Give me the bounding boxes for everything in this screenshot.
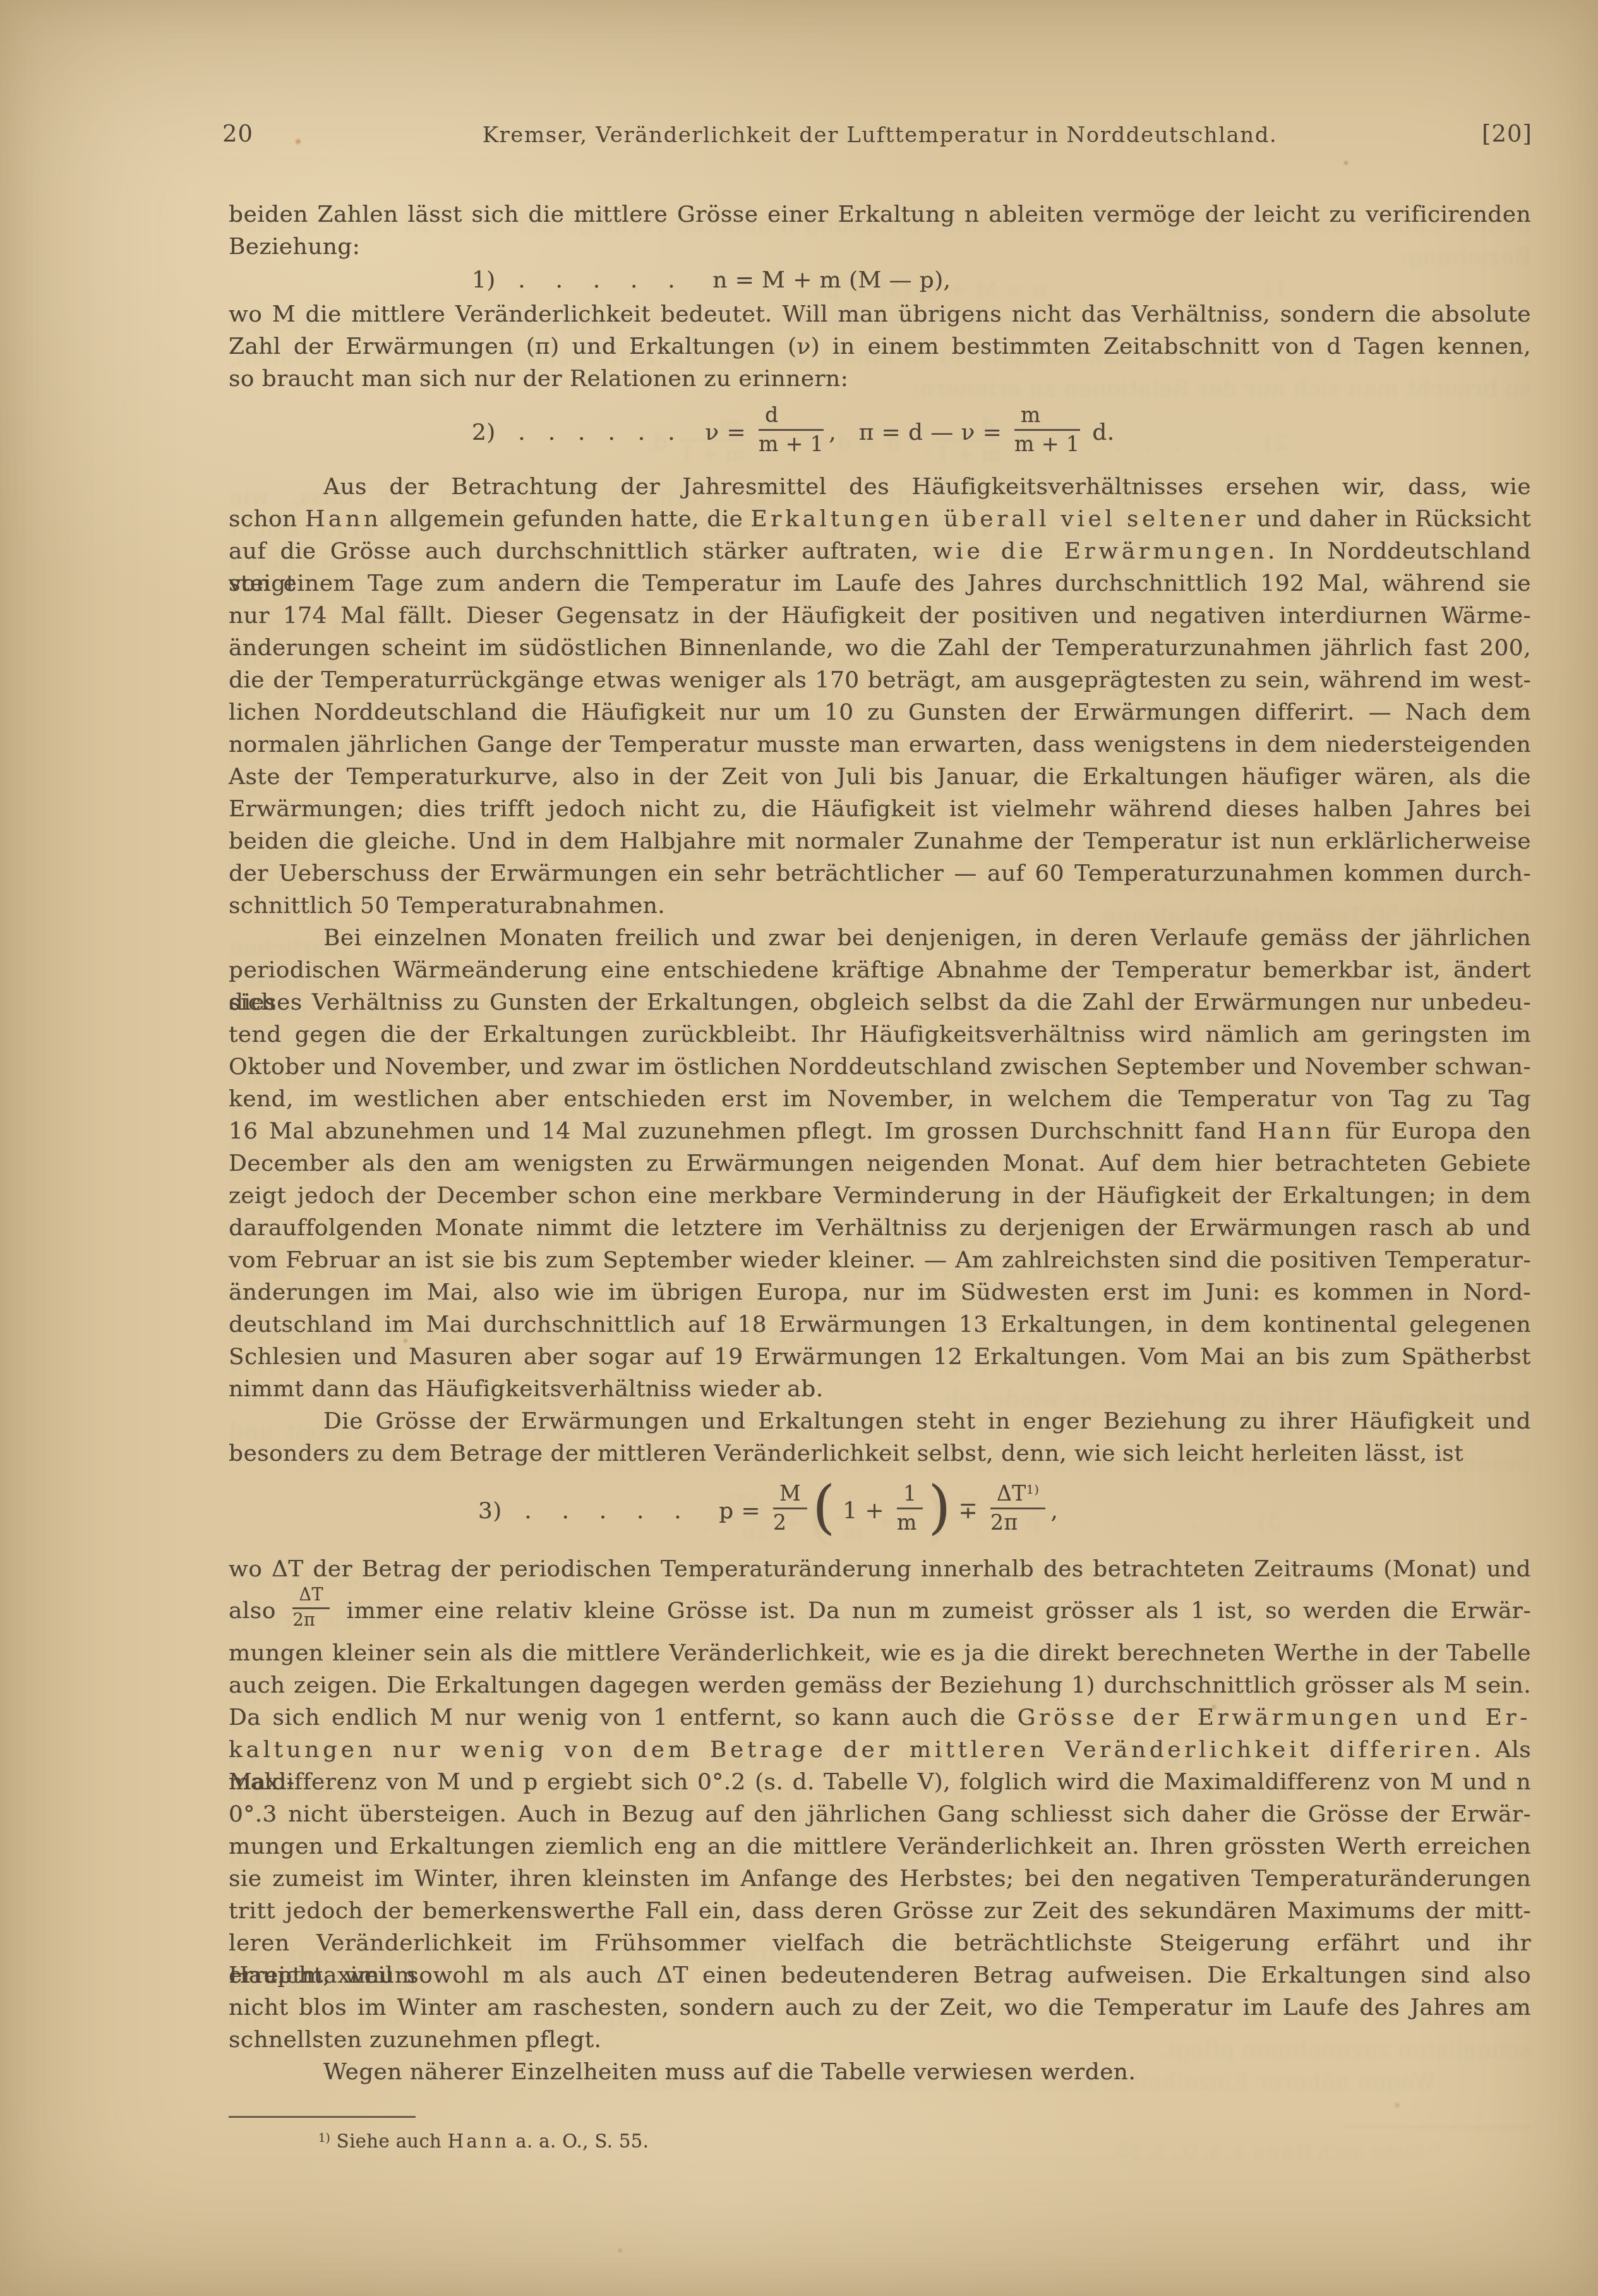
text-line: 0°.3 nicht übersteigen. Auch in Bezug au… [229,1798,1531,1830]
text-line: von einem Tage zum andern die Temperatur… [229,567,1531,600]
text-column: beiden Zahlen lässt sich die mittlere Gr… [229,198,1531,2154]
text-line: schnittlich 50 Temperaturabnahmen. [229,890,1531,922]
emphasized-text: Hann [448,2130,510,2152]
fraction: 1m [897,1482,923,1535]
text-line: Da sich endlich M nur wenig von 1 entfer… [229,1701,1531,1734]
footnote-rule [229,2116,416,2118]
text-line: Oktober und November, und zwar im östlic… [229,1051,1531,1083]
fraction-numerator: ΔT1) [990,1482,1045,1509]
text-line: besonders zu dem Betrage der mittleren V… [229,1437,1531,1470]
spacer [229,2088,1531,2103]
emphasized-text: Hann [1258,1118,1335,1144]
fraction-numerator: M [773,1482,807,1509]
text-line: so braucht man sich nur der Relationen z… [229,363,1531,395]
text-line: tritt jedoch der bemerkenswerthe Fall ei… [229,1895,1531,1927]
emphasized-text: wie die Erwärmungen [933,538,1268,564]
text-line: nur 174 Mal fällt. Dieser Gegensatz in d… [229,600,1531,632]
running-title: Kremser, Veränderlichkeit der Lufttemper… [229,123,1531,148]
scanned-page: beiden Zahlen lässt sich die mittlere Gr… [0,0,1598,2296]
text-line: Bei einzelnen Monaten freilich und zwar … [229,922,1531,954]
fraction-denominator: 2π [990,1509,1045,1535]
text-line: mungen und Erkaltungen ziemlich eng an d… [229,1830,1531,1863]
fraction: ΔT1)2π [990,1482,1045,1535]
fraction-denominator: m + 1 [1014,431,1079,456]
text-line: auch zeigen. Die Erkaltungen dagegen wer… [229,1669,1531,1701]
text-line: schon Hann allgemein gefunden hatte, die… [229,503,1531,535]
big-paren: ) [928,1473,951,1541]
text-line: 16 Mal abzunehmen und 14 Mal zuzunehmen … [229,1115,1531,1147]
text-line: darauffolgenden Monate nimmt die letzter… [229,1212,1531,1244]
fraction-denominator: m [897,1509,923,1535]
text-line: auf die Grösse auch durchschnittlich stä… [229,535,1531,567]
text-line: also ΔT2π immer eine relativ kleine Grös… [229,1585,1531,1637]
emphasized-text: kaltungen nur wenig von dem Betrage der … [229,1737,1474,1763]
text-line: wo M die mittlere Veränderlichkeit bedeu… [229,298,1531,330]
text-line: kend, im westlichen aber entschieden ers… [229,1083,1531,1115]
text-line: maldifferenz von M und p ergiebt sich 0°… [229,1766,1531,1798]
fraction: M2 [773,1482,807,1535]
footnote-marker: 1) [1026,1482,1040,1497]
fraction: mm + 1 [1014,404,1079,456]
text-line: periodischen Wärmeänderung eine entschie… [229,954,1531,986]
footnote-marker: 1) [318,2132,330,2145]
fraction-denominator: 2π [292,1609,330,1630]
big-paren: ( [812,1473,835,1541]
formula-line: 2) . . . . . . ν = dm + 1, π = d — ν = m… [229,395,1531,471]
text-line: Erwärmungen; dies trifft jedoch nicht zu… [229,793,1531,825]
text-line: Die Grösse der Erwärmungen und Erkaltung… [229,1405,1531,1437]
page-number-right: [20] [1482,120,1532,147]
fraction-denominator: m + 1 [759,431,824,456]
text-line: mungen kleiner sein als die mittlere Ver… [229,1637,1531,1669]
text-line: beiden Zahlen lässt sich die mittlere Gr… [229,198,1531,231]
fraction: ΔT2π [292,1586,330,1629]
text-line: kaltungen nur wenig von dem Betrage der … [229,1734,1531,1766]
fraction-numerator: 1 [897,1482,923,1509]
text-line: nimmt dann das Häufigkeitsverhältniss wi… [229,1373,1531,1405]
footnote: 1) Siehe auch Hann a. a. O., S. 55. [229,2125,1531,2154]
text-line: wo ΔT der Betrag der periodischen Temper… [229,1553,1531,1585]
text-line: schnellsten zuzunehmen pflegt. [229,2024,1531,2056]
text-line: sie zumeist im Winter, ihren kleinsten i… [229,1863,1531,1895]
text-line: leren Veränderlichkeit im Frühsommer vie… [229,1927,1531,1959]
text-line: Wegen näherer Einzelheiten muss auf die … [229,2056,1531,2088]
text-line: änderungen im Mai, also wie im übrigen E… [229,1276,1531,1308]
text-line: nicht blos im Winter am raschesten, sond… [229,1991,1531,2024]
text-line: erreicht, weil sowohl m als auch ΔT eine… [229,1959,1531,1991]
text-line: zeigt jedoch der December schon eine mer… [229,1180,1531,1212]
text-line: dieses Verhältniss zu Gunsten der Erkalt… [229,986,1531,1018]
text-line: deutschland im Mai durchschnittlich auf … [229,1308,1531,1341]
text-line: der Ueberschuss der Erwärmungen ein sehr… [229,857,1531,890]
fraction-numerator: d [759,404,824,431]
text-line: die der Temperaturrückgänge etwas wenige… [229,664,1531,696]
fraction-numerator: ΔT [292,1586,330,1609]
emphasized-text: Erkaltungen überall viel seltener [751,506,1249,532]
text-line: Schlesien und Masuren aber sogar auf 19 … [229,1341,1531,1373]
text-line: Beziehung: [229,231,1531,263]
text-line: vom Februar an ist sie bis zum September… [229,1244,1531,1276]
formula-line: 1) . . . . . n = M + m (M — p), [229,263,1531,298]
text-line: Aste der Temperaturkurve, also in der Ze… [229,761,1531,793]
text-line: normalen jährlichen Gange der Temperatur… [229,728,1531,761]
fraction-denominator: 2 [773,1509,807,1535]
fraction-numerator: m [1014,404,1079,431]
text-line: beiden die gleiche. Und in dem Halbjahre… [229,825,1531,857]
text-line: Aus der Betrachtung der Jahresmittel des… [229,471,1531,503]
text-line: tend gegen die der Erkaltungen zurückble… [229,1018,1531,1051]
emphasized-text: Hann [305,506,382,532]
fraction: dm + 1 [759,404,824,456]
formula-line: 3) . . . . . p = M2( 1 + 1m) ∓ ΔT1)2π, [229,1470,1531,1553]
text-line: lichen Norddeutschland die Häufigkeit nu… [229,696,1531,728]
text-line: December als den am wenigsten zu Erwärmu… [229,1147,1531,1180]
text-line: änderungen scheint im südöstlichen Binne… [229,632,1531,664]
emphasized-text: Grösse der Erwärmungen und Er- [1018,1705,1531,1731]
text-line: Zahl der Erwärmungen (π) und Erkaltungen… [229,330,1531,363]
